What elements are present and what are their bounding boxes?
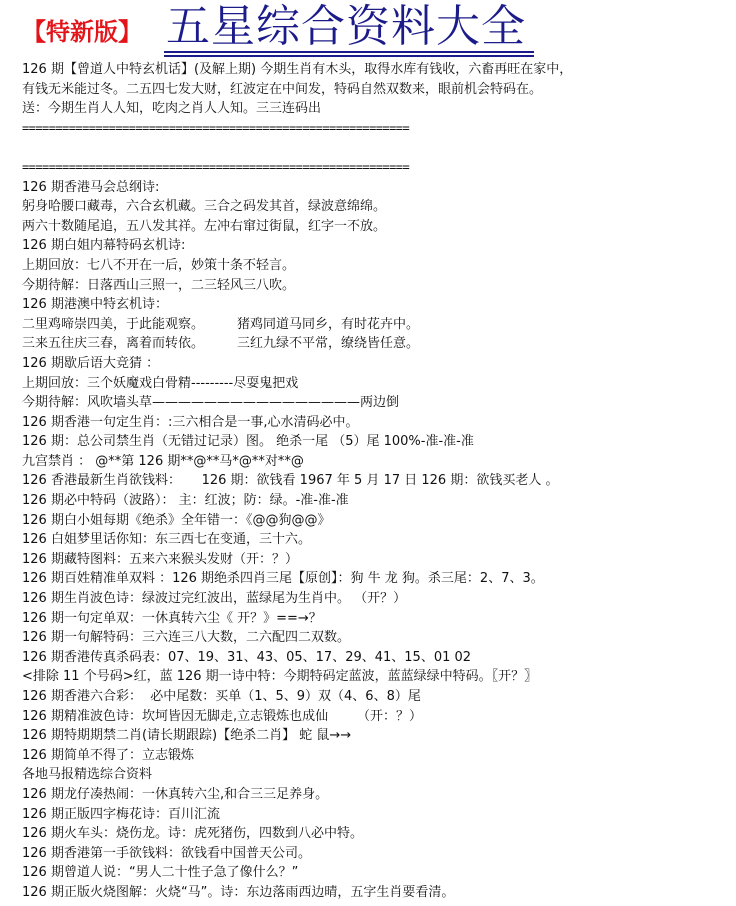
text-line: 今期待解：风吹墙头草————————————————两边倒 — [22, 393, 736, 413]
text-line: 躬身哈腰口藏毒，六合玄机藏。三合之码发其首，绿波意绵绵。 — [22, 197, 736, 217]
text-line: <排除 11 个号码>红，蓝 126 期一诗中特：今期特码定蓝波，蓝蓝绿绿中特码… — [22, 667, 736, 687]
text-line: 上期回放：三个妖魔戏白骨精---------尽耍鬼把戏 — [22, 374, 736, 394]
text-line: 126 白姐梦里话你知：东三西七在变通，三十六。 — [22, 530, 736, 550]
separator-line: ========================================… — [22, 119, 554, 139]
text-line: 今期待解：日落西山三照一，二三轻风三八吹。 — [22, 276, 736, 296]
section-heading-gangao-poem: 126 期港澳中特玄机诗： — [22, 295, 736, 315]
section-heading-baijie-poem: 126 期白姐内幕特码玄机诗: — [22, 236, 736, 256]
intro-line: 有钱无米能过冬。二五四七发大财，红波定在中间发，特码自然双数来，眼前机会特码在。 — [22, 80, 736, 100]
separator-line: ========================================… — [22, 158, 554, 178]
text-line: 126 期正版四字梅花诗：百川汇流 — [22, 805, 736, 825]
title-underline-second — [164, 55, 534, 57]
page-header: 【特新版】 五星综合资料大全 — [0, 0, 736, 62]
text-line: 两六十数随尾追，五八发其祥。左冲右窜过街鼠，红字一不放。 — [22, 217, 736, 237]
blank-line — [22, 138, 736, 158]
text-line: 126 期生肖波色诗：绿波过完红波出，蓝绿尾为生肖中。 （开？） — [22, 589, 736, 609]
text-line: 126 期香港第一手欲钱料：欲钱看中国普天公司。 — [22, 844, 736, 864]
text-line: 九宫禁肖 ： @**第 126 期**@**马*@**对**@ — [22, 452, 736, 472]
section-heading-riddle: 126 期歇后语大竞猜 ： — [22, 354, 736, 374]
title-underline — [164, 51, 534, 53]
text-line: 126 期正版火烧图解：火烧“马”。诗：东边落雨西边晴，五字生肖要看清。 — [22, 883, 736, 903]
text-line: 126 期香港传真杀码表：07、19、31、43、05、17、29、41、15、… — [22, 648, 736, 668]
text-line: 126 期藏特图料：五来六来猴头发财（开：？） — [22, 550, 736, 570]
text-line: 126 期曾道人说：“男人二十性子急了像什么？” — [22, 863, 736, 883]
section-heading-hk-jockey-poem: 126 期香港马会总纲诗: — [22, 178, 736, 198]
text-line: 上期回放：七八不开在一后，妙策十条不轻言。 — [22, 256, 736, 276]
text-line: 二里鸡啼崇四美，于此能观察。 猪鸡同道马同乡，有时花卉中。 — [22, 315, 736, 335]
text-line: 126 期白小姐每期《绝杀》全年错一：《@@狗@@》 — [22, 511, 736, 531]
text-line: 126 期特期期禁二肖(请长期跟踪)【绝杀二肖】 蛇 鼠→→ — [22, 726, 736, 746]
section-heading-regional-selection: 各地马报精选综合资料 — [22, 765, 736, 785]
text-line: 126 期香港一句定生肖：:三六相合是一事,心水清码必中。 — [22, 413, 736, 433]
text-line: 126 期：总公司禁生肖（无错过记录）图。 绝杀一尾 （5）尾 100%-准-准… — [22, 432, 736, 452]
text-line: 126 期一句定单双：一休真转六尘《 开？》==→？ — [22, 609, 736, 629]
intro-line: 126 期【曾道人中特玄机话】(及解上期) 今期生肖有木头，取得水库有钱收，六畜… — [22, 60, 736, 80]
document-body: 126 期【曾道人中特玄机话】(及解上期) 今期生肖有木头，取得水库有钱收，六畜… — [22, 60, 736, 903]
text-line: 126 期精准波色诗：坎坷皆因无脚走,立志锻炼也成仙 （开：？） — [22, 707, 736, 727]
text-line: 126 期必中特码（波路）： 主：红波；防：绿。-准-准-准 — [22, 491, 736, 511]
text-line: 126 期龙仔凑热闹：一休真转六尘,和合三三足养身。 — [22, 785, 736, 805]
text-line: 126 期简单不得了：立志锻炼 — [22, 746, 736, 766]
text-line: 126 期一句解特码：三六连三八大数，二六配四二双数。 — [22, 628, 736, 648]
intro-line: 送：今期生肖人人知，吃肉之肖人人知。三三连码出 — [22, 99, 736, 119]
text-line: 126 香港最新生肖欲钱料： 126 期：欲钱看 1967 年 5 月 17 日… — [22, 471, 736, 491]
page-title: 五星综合资料大全 — [166, 2, 526, 52]
text-line: 126 期香港六合彩： 必中尾数：买单（1、5、9）双（4、6、8）尾 — [22, 687, 736, 707]
edition-label: 【特新版】 — [22, 14, 142, 50]
text-line: 126 期火车头：烧伤龙。诗：虎死猪伤，四数到八必中特。 — [22, 824, 736, 844]
text-line: 126 期百姓精准单双料 ：126 期绝杀四肖三尾【原创】：狗 牛 龙 狗。杀三… — [22, 569, 736, 589]
text-line: 三来五往庆三春，离着而转依。 三红九绿不平常，缭绕皆任意。 — [22, 334, 736, 354]
